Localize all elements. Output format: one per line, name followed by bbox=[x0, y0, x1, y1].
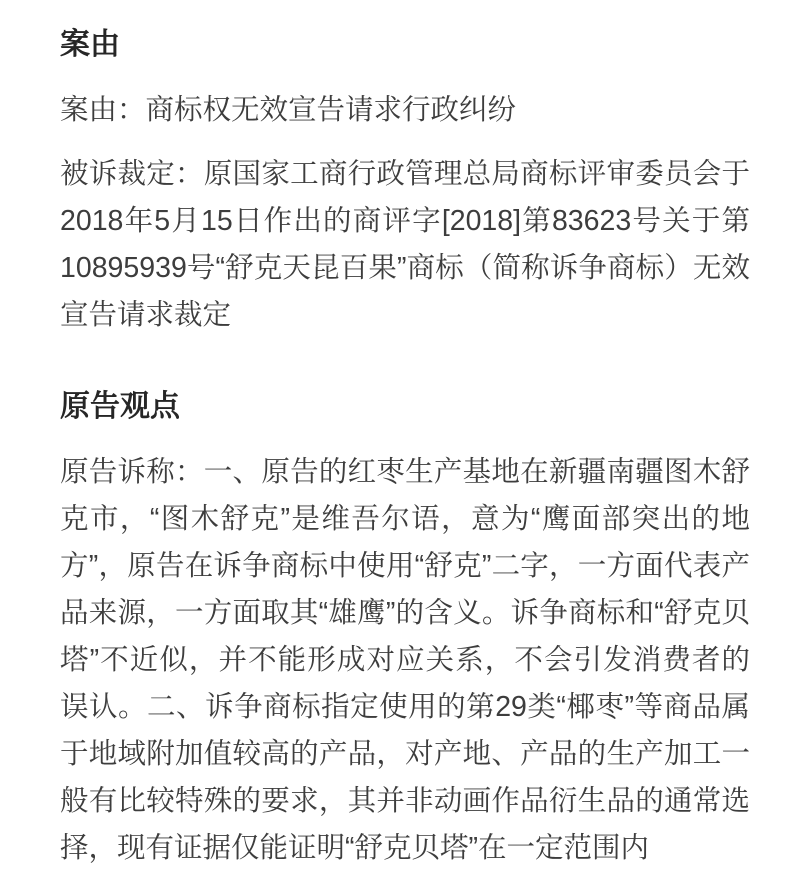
case-cause-heading: 案由 bbox=[60, 21, 750, 68]
section-case-cause: 案由 案由：商标权无效宣告请求行政纠纷 被诉裁定：原国家工商行政管理总局商标评审… bbox=[60, 21, 750, 339]
plaintiff-viewpoint-heading: 原告观点 bbox=[60, 383, 750, 430]
plaintiff-claims-paragraph: 原告诉称：一、原告的红枣生产基地在新疆南疆图木舒克市，“图木舒克”是维吾尔语，意… bbox=[60, 449, 750, 872]
case-cause-paragraph: 案由：商标权无效宣告请求行政纠纷 bbox=[60, 87, 750, 134]
contested-ruling-paragraph: 被诉裁定：原国家工商行政管理总局商标评审委员会于2018年5月15日作出的商评字… bbox=[60, 151, 750, 339]
section-plaintiff-viewpoint: 原告观点 原告诉称：一、原告的红枣生产基地在新疆南疆图木舒克市，“图木舒克”是维… bbox=[60, 383, 750, 872]
legal-document: 案由 案由：商标权无效宣告请求行政纠纷 被诉裁定：原国家工商行政管理总局商标评审… bbox=[0, 0, 800, 878]
